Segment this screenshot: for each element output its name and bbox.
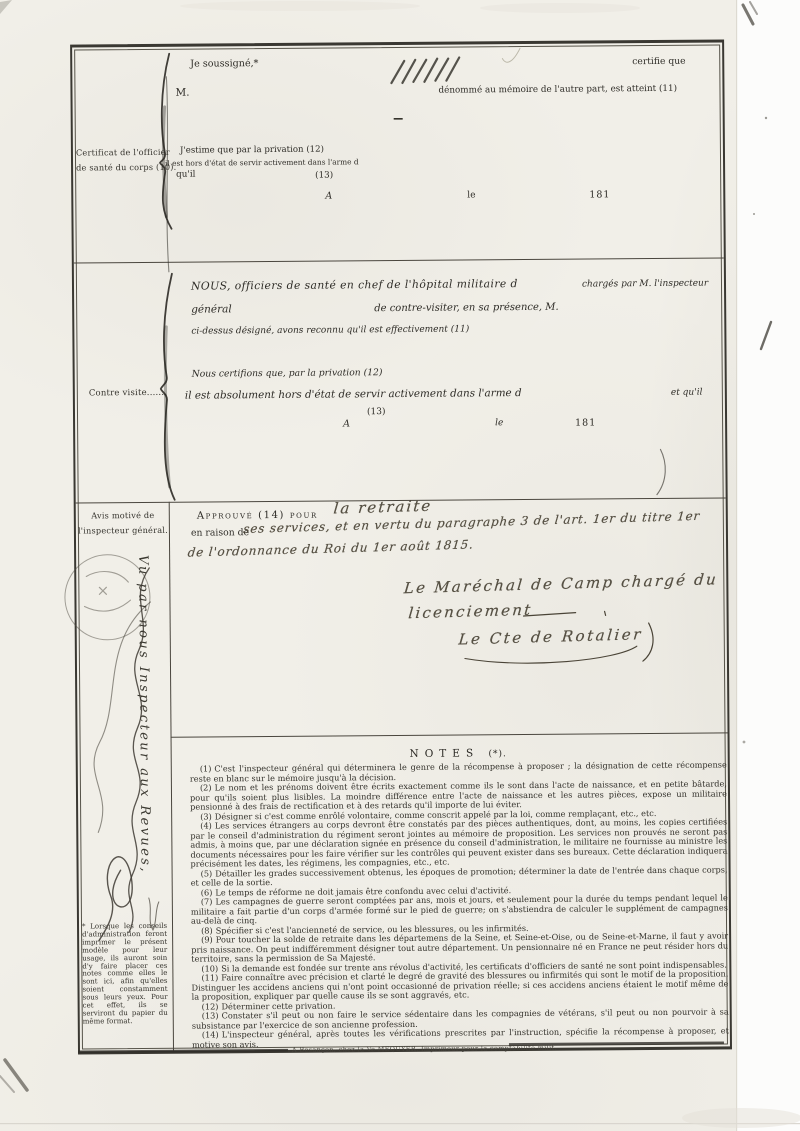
scanned-document-page: Certificat de l'officier de santé du cor… (0, 0, 800, 1131)
scan-edge-artifacts (0, 0, 800, 1131)
paper-right-edge (736, 0, 737, 1131)
paper-bottom-edge (0, 1123, 800, 1124)
scanner-background-strip (737, 0, 800, 1131)
corner-mark-top-left (0, 0, 12, 14)
